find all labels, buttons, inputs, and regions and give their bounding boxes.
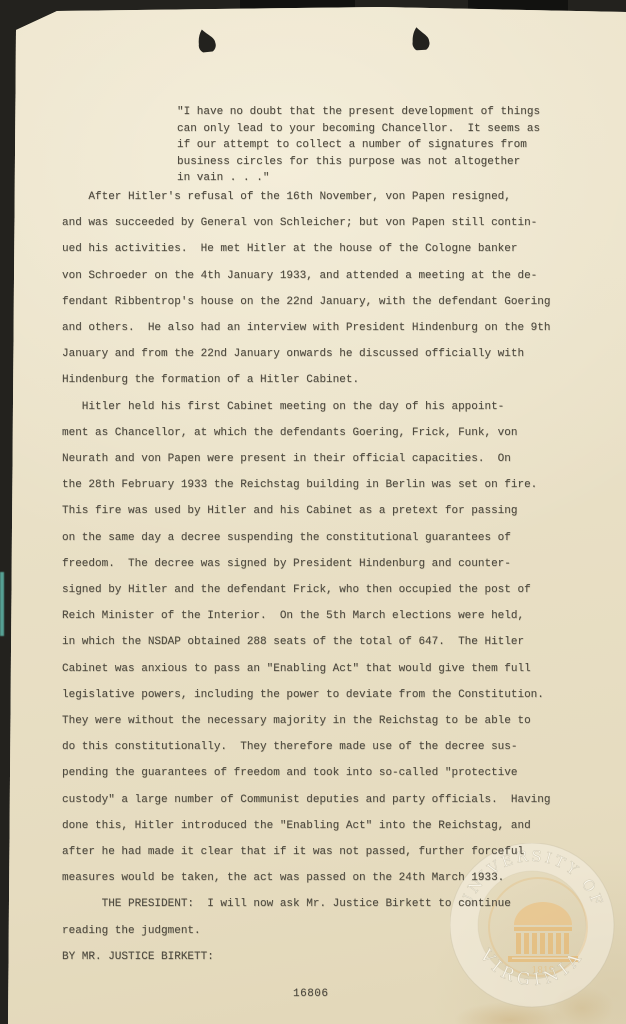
text-line: After Hitler's refusal of the 16th Novem… (62, 184, 550, 210)
text-line: in which the NSDAP obtained 288 seats of… (62, 629, 550, 655)
text-line: fendant Ribbentrop's house on the 22nd J… (62, 289, 550, 315)
punch-hole-right (411, 27, 430, 51)
text-line: Hindenburg the formation of a Hitler Cab… (62, 367, 550, 393)
text-line: They were without the necessary majority… (62, 708, 550, 734)
text-line: on the same day a decree suspending the … (62, 525, 550, 551)
text-line: measures would be taken, the act was pas… (62, 865, 550, 891)
text-line: signed by Hitler and the defendant Frick… (62, 577, 550, 603)
text-line: ued his activities. He met Hitler at the… (62, 236, 550, 262)
text-line: do this constitutionally. They therefore… (62, 734, 550, 760)
typewritten-text-layer: "I have no doubt that the present develo… (0, 0, 626, 1024)
text-line: business circles for this purpose was no… (177, 154, 540, 171)
scanned-document-page: 1819 UNIVERSITY OF VIRGINIA "I have no d… (0, 0, 626, 1024)
text-line: the 28th February 1933 the Reichstag bui… (62, 472, 550, 498)
judgment-body-text: After Hitler's refusal of the 16th Novem… (62, 184, 550, 970)
text-line: if our attempt to collect a number of si… (177, 137, 540, 154)
text-line: Reich Minister of the Interior. On the 5… (62, 603, 550, 629)
text-line: Cabinet was anxious to pass an "Enabling… (62, 656, 550, 682)
text-line: custody" a large number of Communist dep… (62, 787, 550, 813)
text-line: reading the judgment. (62, 918, 550, 944)
punch-hole-left (197, 28, 217, 53)
text-line: legislative powers, including the power … (62, 682, 550, 708)
quoted-letter-excerpt: "I have no doubt that the present develo… (177, 104, 540, 187)
text-line: January and from the 22nd January onward… (62, 341, 550, 367)
page-number: 16806 (293, 988, 329, 1000)
text-line: Hitler held his first Cabinet meeting on… (62, 394, 550, 420)
text-line: THE PRESIDENT: I will now ask Mr. Justic… (62, 891, 550, 917)
text-line: and others. He also had an interview wit… (62, 315, 550, 341)
text-line: ment as Chancellor, at which the defenda… (62, 420, 550, 446)
text-line: can only lead to your becoming Chancello… (177, 121, 540, 138)
text-line: BY MR. JUSTICE BIRKETT: (62, 944, 550, 970)
text-line: von Schroeder on the 4th January 1933, a… (62, 263, 550, 289)
text-line: This fire was used by Hitler and his Cab… (62, 498, 550, 524)
text-line: after he had made it clear that if it wa… (62, 839, 550, 865)
text-line: and was succeeded by General von Schleic… (62, 210, 550, 236)
text-line: pending the guarantees of freedom and to… (62, 760, 550, 786)
text-line: done this, Hitler introduced the "Enabli… (62, 813, 550, 839)
text-line: freedom. The decree was signed by Presid… (62, 551, 550, 577)
text-line: "I have no doubt that the present develo… (177, 104, 540, 121)
text-line: Neurath and von Papen were present in th… (62, 446, 550, 472)
